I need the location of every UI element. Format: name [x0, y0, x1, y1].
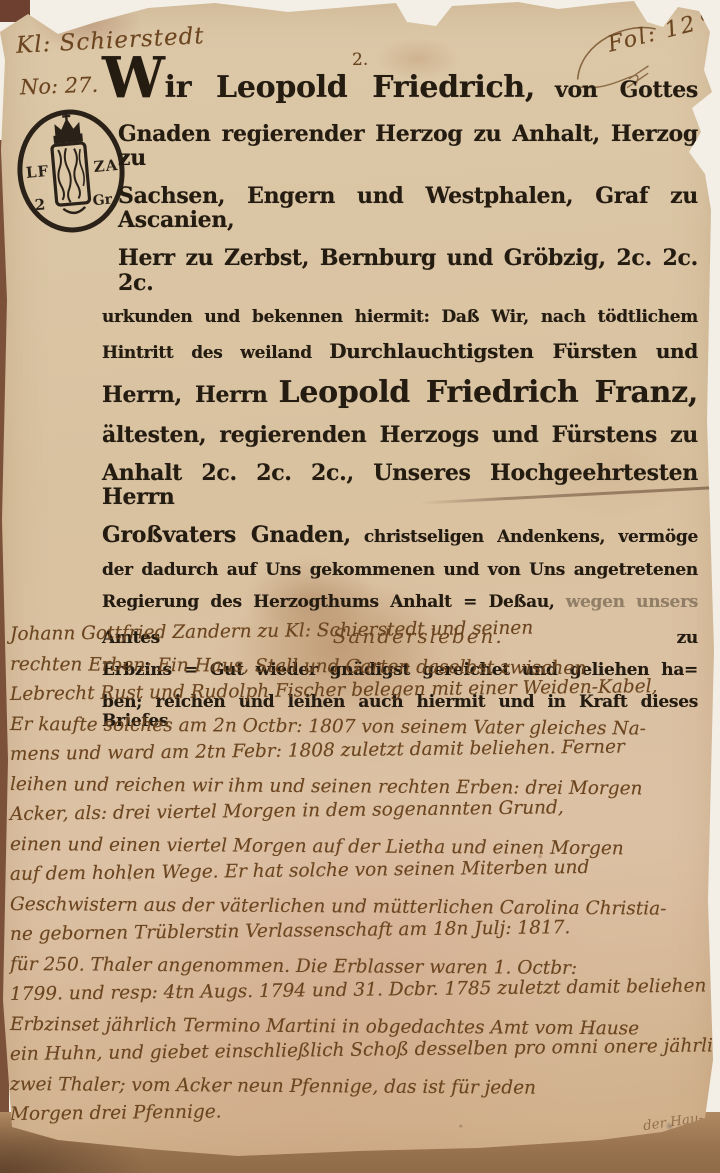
printed-line: ältesten, regierenden Herzogs und Fürste… [102, 423, 698, 448]
printed-text-segment: Gnaden regierender Herzog zu Anhalt, Her… [118, 121, 698, 172]
printed-text-segment: Herr zu Zerbst, Bernburg und Gröbzig, 2c… [118, 245, 698, 296]
handwritten-text-block: Johann Gottfried Zandern zu Kl: Schierst… [10, 620, 708, 1130]
printed-line: Großvaters Gnaden, christseligen Andenke… [102, 523, 698, 548]
printed-text-segment: Anhalt 2c. 2c. 2c., Unseres Hochgeehrtes… [102, 460, 698, 511]
printed-line: urkunden und bekennen hiermit: Daß Wir, … [102, 308, 698, 327]
printed-text-segment: von Gottes [555, 77, 698, 103]
printed-text-segment: Durchlauchtigsten Fürsten und [329, 339, 698, 363]
annotation-document-number: No: 27. [20, 73, 99, 100]
printed-text-segment: der dadurch auf Uns gekommenen und von U… [102, 560, 698, 580]
printed-line: Herr zu Zerbst, Bernburg und Gröbzig, 2c… [102, 246, 698, 295]
paper-sheet: Kl: Schierstedt No: 27. 2. 6 Fol: 12 LF … [0, 0, 720, 1173]
printed-line: der dadurch auf Uns gekommenen und von U… [102, 561, 698, 580]
printed-text-segment: Großvaters Gnaden, [102, 522, 351, 548]
annotation-folio-note: Fol: 12 [606, 11, 700, 57]
stamp-value-number: 2 [34, 195, 46, 214]
printed-text-segment: christseligen Andenkens, vermöge [364, 527, 698, 547]
printed-text-segment: Regierung des Herzogthums Anhalt = Deßau… [102, 592, 555, 612]
printed-line: Gnaden regierender Herzog zu Anhalt, Her… [102, 122, 698, 171]
printed-line: Hintritt des weiland Durchlauchtigsten F… [102, 340, 698, 363]
printed-line: Sachsen, Engern und Westphalen, Graf zu … [102, 184, 698, 233]
printed-line: Anhalt 2c. 2c. 2c., Unseres Hochgeehrtes… [102, 461, 698, 510]
stamp-crown [52, 112, 82, 143]
printed-text-segment: Herrn, Herrn [102, 382, 267, 408]
printed-line: Regierung des Herzogthums Anhalt = Deßau… [102, 593, 698, 612]
printed-text-segment: Hintritt des weiland [102, 343, 312, 363]
printed-text-segment: ältesten, regierenden Herzogs und Fürste… [102, 422, 698, 448]
printed-text-segment: urkunden und bekennen hiermit: Daß Wir, … [102, 307, 698, 327]
printed-text-segment: wegen unsers [566, 592, 698, 612]
stamp-letters-left: LF [25, 162, 50, 182]
printed-text-segment: Wir Leopold Friedrich, [102, 70, 535, 105]
printed-line: Wir Leopold Friedrich, von Gottes [102, 56, 698, 105]
annotation-corner-number: 6 [700, 6, 710, 25]
stamp-shield [52, 143, 91, 215]
printed-line: Herrn, Herrn Leopold Friedrich Franz, [102, 376, 698, 410]
printed-text-segment: Leopold Friedrich Franz, [279, 375, 698, 410]
printed-text-segment: Sachsen, Engern und Westphalen, Graf zu … [118, 183, 698, 234]
